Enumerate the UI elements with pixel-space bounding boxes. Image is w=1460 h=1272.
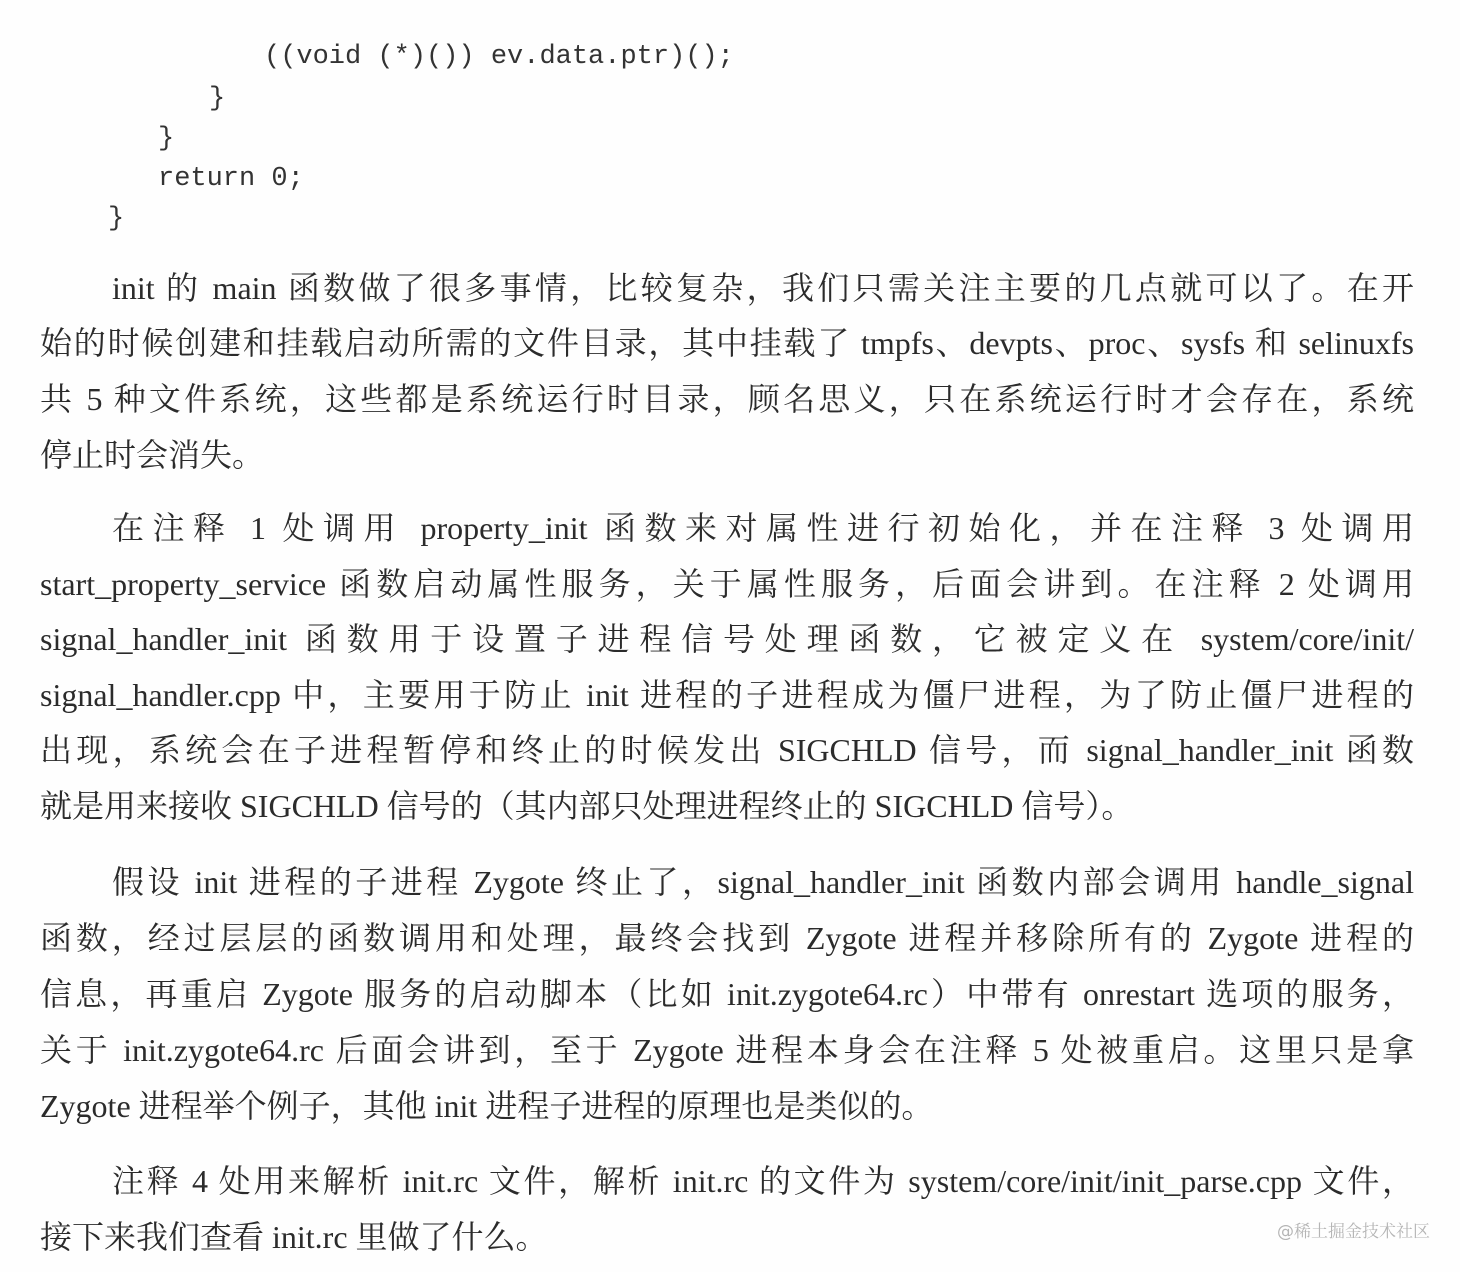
text-line: 在注释 1 处调用 property_init 函数来对属性进行初始化，并在注释… [112,508,1414,548]
text-line: 信息，再重启 Zygote 服务的启动脚本（比如 init.zygote64.r… [40,974,1414,1014]
text-line: 出现，系统会在子进程暂停和终止的时候发出 SIGCHLD 信号，而 signal… [40,730,1414,770]
text-line: 假设 init 进程的子进程 Zygote 终止了，signal_handler… [112,862,1414,902]
text-line: 始的时候创建和挂载启动所需的文件目录，其中挂载了 tmpfs、devpts、pr… [40,323,1414,363]
code-line: ((void (*)()) ev.data.ptr)(); [264,42,734,72]
code-line: } [209,84,225,114]
text-line: 函数，经过层层的函数调用和处理，最终会找到 Zygote 进程并移除所有的 Zy… [40,918,1414,958]
book-page: ((void (*)()) ev.data.ptr)(); } } return… [0,0,1460,1272]
text-line: start_property_service 函数启动属性服务，关于属性服务，后… [40,564,1414,604]
text-line: 接下来我们查看 init.rc 里做了什么。 [40,1217,1414,1257]
text-line: signal_handler.cpp 中，主要用于防止 init 进程的子进程成… [40,675,1414,715]
code-line: } [108,204,124,234]
text-line: 停止时会消失。 [40,435,1414,475]
text-line: Zygote 进程举个例子，其他 init 进程子进程的原理也是类似的。 [40,1086,1414,1126]
text-line: signal_handler_init 函数用于设置子进程信号处理函数，它被定义… [40,619,1414,659]
code-line: } [158,124,174,154]
text-line: init 的 main 函数做了很多事情，比较复杂，我们只需关注主要的几点就可以… [112,268,1414,308]
text-line: 就是用来接收 SIGCHLD 信号的（其内部只处理进程终止的 SIGCHLD 信… [40,786,1414,826]
code-line: return 0; [158,164,304,194]
watermark: @稀土掘金技术社区 [1277,1217,1430,1242]
text-line: 关于 init.zygote64.rc 后面会讲到，至于 Zygote 进程本身… [40,1030,1414,1070]
text-line: 共 5 种文件系统，这些都是系统运行时目录，顾名思义，只在系统运行时才会存在，系… [40,379,1414,419]
text-line: 注释 4 处用来解析 init.rc 文件，解析 init.rc 的文件为 sy… [112,1161,1414,1201]
